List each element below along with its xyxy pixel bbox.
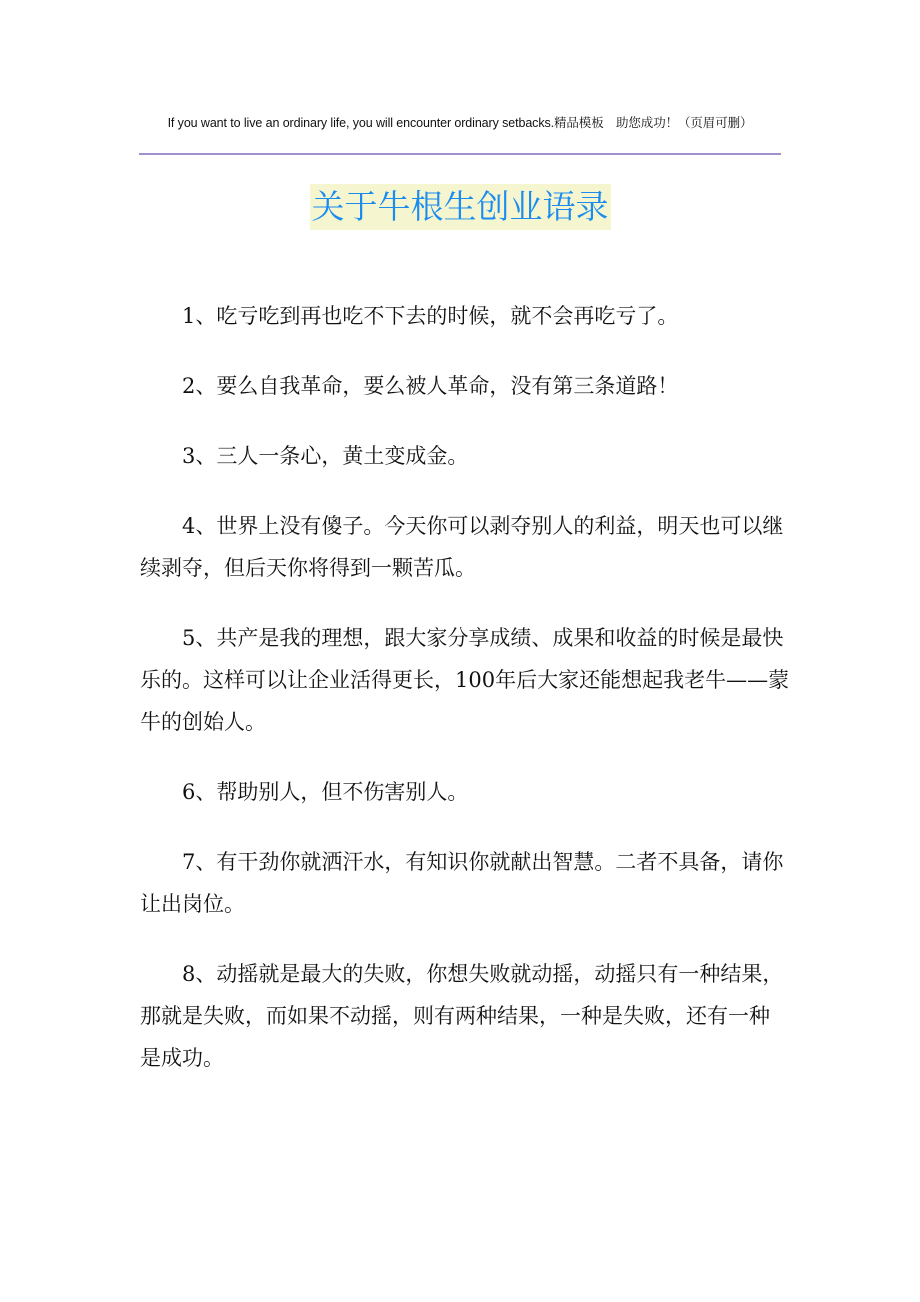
header-divider: [139, 153, 781, 155]
quote-paragraph-3: 3、三人一条心，黄土变成金。: [140, 435, 790, 477]
quote-paragraph-4: 4、世界上没有傻子。今天你可以剥夺别人的利益，明天也可以继续剥夺，但后天你将得到…: [140, 505, 790, 589]
quote-paragraph-1: 1、吃亏吃到再也吃不下去的时候，就不会再吃亏了。: [140, 295, 790, 337]
quote-paragraph-6: 6、帮助别人，但不伤害别人。: [140, 771, 790, 813]
quote-paragraph-7: 7、有干劲你就洒汗水，有知识你就献出智慧。二者不具备，请你让出岗位。: [140, 841, 790, 925]
page-header: If you want to live an ordinary life, yo…: [140, 113, 780, 131]
quote-paragraph-8: 8、动摇就是最大的失败，你想失败就动摇，动摇只有一种结果，那就是失败，而如果不动…: [140, 953, 790, 1079]
title-container: 关于牛根生创业语录: [0, 184, 920, 230]
quote-paragraph-5: 5、共产是我的理想，跟大家分享成绩、成果和收益的时候是最快乐的。这样可以让企业活…: [140, 617, 790, 743]
document-title: 关于牛根生创业语录: [310, 184, 611, 230]
quote-paragraph-2: 2、要么自我革命，要么被人革命，没有第三条道路！: [140, 365, 790, 407]
document-body: 1、吃亏吃到再也吃不下去的时候，就不会再吃亏了。 2、要么自我革命，要么被人革命…: [140, 295, 790, 1107]
